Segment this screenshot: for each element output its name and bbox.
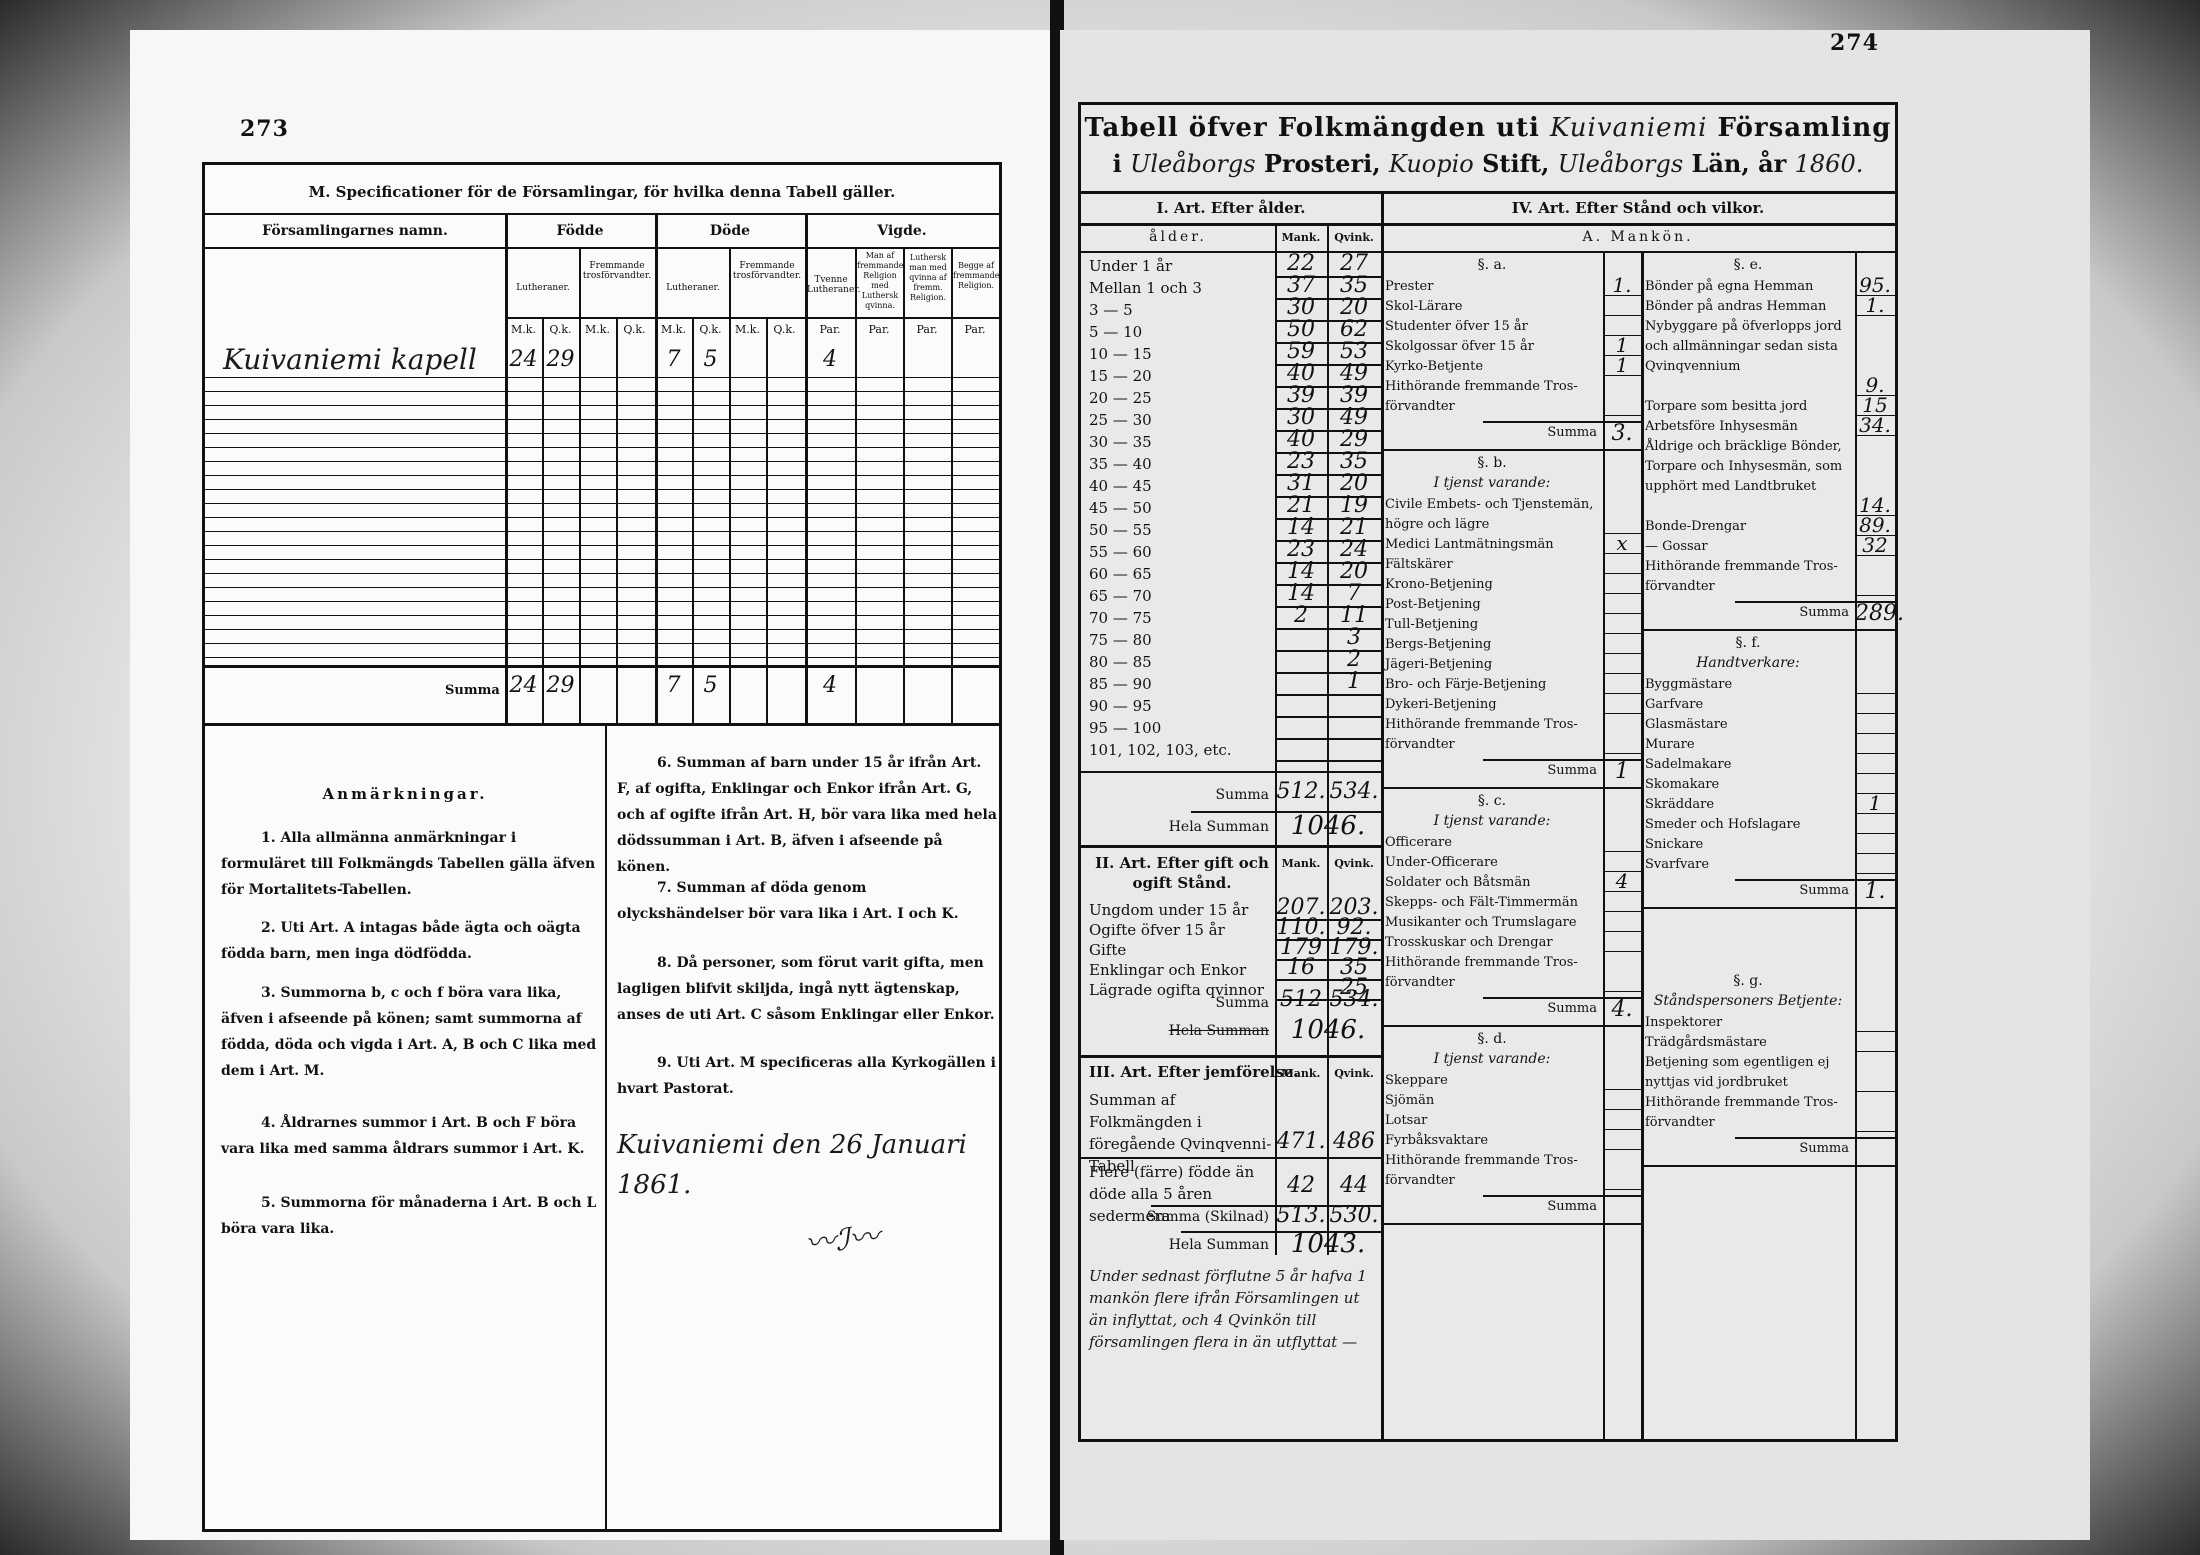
sec_c-row-value: 4 (1603, 869, 1641, 893)
sec_a-row-value: 1 (1603, 353, 1641, 377)
sec_f-title: §. f. (1641, 635, 1855, 651)
sec_g-row-label: Trädgårdsmästare (1645, 1033, 1853, 1053)
dode-luth-mk: 7 (655, 347, 692, 372)
sec_g-row-label: Betjening som egentligen ej nyttjas vid … (1645, 1053, 1853, 1093)
section-rule (1381, 449, 1641, 451)
row-rule (1603, 1149, 1641, 1150)
sec_b-row-label: Bro- och Färje-Betjening (1385, 675, 1601, 695)
sec_g-row-label: Inspektorer (1645, 1013, 1853, 1033)
age-label: 10 — 15 (1089, 345, 1275, 363)
row-rule (1855, 853, 1895, 854)
age-label: 101, 102, 103, etc. (1089, 741, 1275, 759)
parish-entry-name: Kuivaniemi kapell (223, 343, 477, 376)
row-rule (1855, 1091, 1895, 1092)
art3-births-m: 42 (1275, 1173, 1327, 1198)
col-mank: Mank. (1275, 231, 1327, 244)
sec_a-row-label: Skol-Lärare (1385, 297, 1601, 317)
note-3: 3. Summorna b, c och f böra vara lika, ä… (221, 980, 601, 1084)
row-rule (1603, 633, 1641, 634)
art3-title: III. Art. Efter jemförelse. (1089, 1063, 1299, 1081)
row-rule (1603, 891, 1641, 892)
ruled-row (205, 419, 999, 420)
row-rule (1603, 415, 1641, 416)
art3-prev-q: 486 (1327, 1129, 1381, 1154)
sec_d-row-label: Hithörande fremmande Tros-förvandter (1385, 1151, 1601, 1191)
note-7: 7. Summan af döda genom olyckshändelser … (617, 875, 997, 927)
art2-summa-m: 512 (1275, 987, 1327, 1012)
sub-vigde-begge: Begge af fremmande Religion. (953, 261, 999, 291)
sec_b-summa-value: 1 (1603, 759, 1641, 784)
age-label: 15 — 20 (1089, 367, 1275, 385)
page-number-left: 273 (240, 116, 289, 142)
document-spread: 273 M. Specificationer för de Församling… (0, 0, 2200, 1555)
sec_b-row-label: Tull-Betjening (1385, 615, 1601, 635)
fodde-luth-mk: 24 (505, 347, 542, 372)
section-rule (1381, 1025, 1641, 1027)
art2-title: II. Art. Efter gift och ogift Stånd. (1089, 853, 1275, 893)
sub-dode-frem: Fremmande trosförvandter. (731, 261, 803, 281)
summa-fodde-luth-qk: 29 (542, 673, 579, 698)
sec_b-row-label: Post-Betjening (1385, 595, 1601, 615)
ruled-row (205, 461, 999, 462)
sec_c-row-label: Hithörande fremmande Tros-förvandter (1385, 953, 1601, 993)
art2-hela-label: Hela Summan (1081, 1023, 1269, 1039)
table-m-summa-label: Summa (445, 683, 500, 698)
sec_e-title: §. e. (1641, 257, 1855, 273)
title-prosteri-label: Prosteri, (1264, 149, 1381, 178)
row-rule (1603, 593, 1641, 594)
sec_f-row-label: Garfvare (1645, 695, 1853, 715)
row-rule (1275, 694, 1381, 696)
ruled-row (205, 545, 999, 546)
sec_e-row-label: Bönder på andras Hemman (1645, 297, 1853, 317)
age-label: 50 — 55 (1089, 521, 1275, 539)
row-rule (1855, 1031, 1895, 1032)
row-rule (1275, 760, 1381, 762)
sec_d-title: §. d. (1381, 1031, 1603, 1047)
sec_e-row-value: 1. (1855, 293, 1895, 317)
ruled-row (205, 405, 999, 406)
sec_a-row-label: Kyrko-Betjente (1385, 357, 1601, 377)
age-label: 25 — 30 (1089, 411, 1275, 429)
sec_c-subtitle: I tjenst varande: (1381, 813, 1603, 829)
summa-dode-luth-qk: 5 (692, 673, 729, 698)
sec_f-row-value: 1 (1855, 791, 1895, 815)
sec_e-row-value: 34. (1855, 413, 1895, 437)
unit-label: Par. (855, 323, 903, 336)
sec_b-row-label: Civile Embets- och Tjenstemän, högre och… (1385, 495, 1601, 535)
sec_e-summa-value: 289. (1855, 601, 1895, 626)
ruled-row (205, 601, 999, 602)
age-label: 70 — 75 (1089, 609, 1275, 627)
sec_a-row-value: 1. (1603, 273, 1641, 297)
art2-hela: 1046. (1275, 1015, 1381, 1045)
title-year: 1860. (1795, 150, 1864, 178)
ruled-row (205, 517, 999, 518)
sec_b-row-label: Bergs-Betjening (1385, 635, 1601, 655)
sec_a-row-label: Prester (1385, 277, 1601, 297)
table-title-line1: Tabell öfver Folkmängden uti Kuivaniemi … (1081, 113, 1895, 143)
sub-vigde-luth-man: Luthersk man med qvinna af fremm. Religi… (905, 253, 951, 303)
section-rule (1641, 1165, 1895, 1167)
col-age: ålder. (1081, 229, 1275, 245)
row-rule (1855, 813, 1895, 814)
summa-fodde-luth-mk: 24 (505, 673, 542, 698)
sec_d-subtitle: I tjenst varande: (1381, 1051, 1603, 1067)
age-label: Mellan 1 och 3 (1089, 279, 1275, 297)
row-rule (1603, 573, 1641, 574)
row-rule (1603, 951, 1641, 952)
sec_f-summa-value: 1. (1855, 879, 1895, 904)
row-rule (1603, 1189, 1641, 1190)
row-rule (1603, 911, 1641, 912)
sec_a-title: §. a. (1381, 257, 1603, 273)
sec_f-row-label: Svarfvare (1645, 855, 1853, 875)
art3-summa-label: Summa (Skilnad) (1081, 1209, 1269, 1225)
sub-vigde-tvenne: Tvenne Lutheraner. (807, 275, 855, 295)
sec_g-title: §. g. (1641, 973, 1855, 989)
sec_c-row-label: Officerare (1385, 833, 1601, 853)
ruled-row (205, 643, 999, 644)
sec_f-row-label: Snickare (1645, 835, 1853, 855)
note-2: 2. Uti Art. A intagas både ägta och oägt… (221, 915, 601, 967)
art1-summa-q: 534. (1327, 779, 1381, 804)
right-page: 274 Tabell öfver Folkmängden uti Kuivani… (1060, 30, 2090, 1540)
summa-vigde-tvenne: 4 (805, 673, 855, 698)
row-rule (1603, 931, 1641, 932)
age-label: 3 — 5 (1089, 301, 1275, 319)
summa-rule (1483, 1195, 1641, 1197)
art2-summa-label: Summa (1081, 995, 1269, 1011)
sec_a-row-label: Skolgossar öfver 15 år (1385, 337, 1601, 357)
unit-label: Q.k. (692, 323, 729, 336)
unit-label: M.k. (579, 323, 616, 336)
unit-label: Par. (951, 323, 999, 336)
row-rule (1855, 693, 1895, 694)
sec_f-summa-label: Summa (1641, 883, 1849, 898)
row-rule (1603, 673, 1641, 674)
art1-title: I. Art. Efter ålder. (1081, 199, 1381, 217)
sec_f-row-label: Byggmästare (1645, 675, 1853, 695)
section-rule (1641, 907, 1895, 909)
sec_a-row-label: Hithörande fremmande Tros-förvandter (1385, 377, 1601, 417)
sec_d-row-label: Sjömän (1385, 1091, 1601, 1111)
sub-dode-luth: Lutheraner. (657, 283, 729, 293)
ruled-row (205, 629, 999, 630)
population-table: Tabell öfver Folkmängden uti Kuivaniemi … (1078, 102, 1898, 1442)
sec_e-row-label: Torpare som besitta jord (1645, 397, 1853, 417)
sec_c-row-label: Soldater och Båtsmän (1385, 873, 1601, 893)
ruled-row (205, 447, 999, 448)
row-rule (1081, 771, 1381, 773)
note-6: 6. Summan af barn under 15 år ifrån Art.… (617, 750, 997, 880)
art3-handwritten-note: Under sednast förflutne 5 år hafva 1 man… (1089, 1265, 1379, 1353)
age-label: 40 — 45 (1089, 477, 1275, 495)
unit-label: Q.k. (766, 323, 803, 336)
sec_f-row-label: Skräddare (1645, 795, 1853, 815)
sec_d-row-label: Fyrbåksvaktare (1385, 1131, 1601, 1151)
unit-label: M.k. (655, 323, 692, 336)
title-i: i (1113, 149, 1122, 178)
art3-hela-label: Hela Summan (1081, 1237, 1269, 1253)
summa-rule (1735, 1137, 1895, 1139)
sec_c-row-label: Trosskuskar och Drengar (1385, 933, 1601, 953)
row-rule (1855, 555, 1895, 556)
table-m: M. Specificationer för de Församlingar, … (202, 162, 1002, 1532)
row-rule (1855, 873, 1895, 874)
left-page: 273 M. Specificationer för de Församling… (130, 30, 1050, 1540)
row-rule (1603, 375, 1641, 376)
ruled-row (205, 433, 999, 434)
sec_f-row-label: Skomakare (1645, 775, 1853, 795)
age-label: 20 — 25 (1089, 389, 1275, 407)
sec_e-row-label: — Gossar (1645, 537, 1853, 557)
sec_g-row-label: Hithörande fremmande Tros-förvandter (1645, 1093, 1853, 1133)
age-label: 60 — 65 (1089, 565, 1275, 583)
note-8: 8. Då personer, som förut varit gifta, m… (617, 950, 997, 1028)
art1-hela-label: Hela Summan (1081, 819, 1269, 835)
sec_e-row-label: Arbetsföre Inhysesmän (1645, 417, 1853, 437)
row-rule (1603, 1129, 1641, 1130)
row-rule (1603, 315, 1641, 316)
row-rule (1603, 613, 1641, 614)
signature: 〰ℐ〰 (803, 1211, 881, 1263)
row-rule (1603, 753, 1641, 754)
row-rule (1855, 1051, 1895, 1052)
page-number-right: 274 (1830, 30, 1879, 56)
title-post: Församling (1718, 113, 1892, 143)
sub-fodde-frem: Fremmande trosförvandter. (581, 261, 653, 281)
age-label: 95 — 100 (1089, 719, 1275, 737)
age-label: 5 — 10 (1089, 323, 1275, 341)
sec_e-row-value: 32 (1855, 533, 1895, 557)
table-m-title: M. Specificationer för de Församlingar, … (205, 183, 999, 201)
notes-title: Anmärkningar. (205, 785, 605, 803)
row-rule (1275, 716, 1381, 718)
note-4: 4. Åldrarnes summor i Art. B och F böra … (221, 1110, 601, 1162)
col-parish-name: Församlingarnes namn. (205, 223, 505, 239)
title-pre: Tabell öfver Folkmängden uti (1085, 113, 1540, 143)
unit-label: Par. (903, 323, 951, 336)
age-label: Under 1 år (1089, 257, 1275, 275)
art3-births-q: 44 (1327, 1173, 1381, 1198)
art3-col-mank: Mank. (1275, 1067, 1327, 1080)
group-fodde: Födde (505, 223, 655, 239)
civil-status-label: Enklingar och Enkor (1089, 961, 1275, 979)
row-rule (1855, 833, 1895, 834)
sec_f-subtitle: Handtverkare: (1641, 655, 1855, 671)
civil-status-label: Gifte (1089, 941, 1275, 959)
row-rule (1603, 553, 1641, 554)
note-9: 9. Uti Art. M specificeras alla Kyrkogäl… (617, 1050, 997, 1102)
section-rule (1641, 629, 1895, 631)
sec_b-row-label: Krono-Betjening (1385, 575, 1601, 595)
art2-col-mank: Mank. (1275, 857, 1327, 870)
age-label: 45 — 50 (1089, 499, 1275, 517)
art3-summa-m: 513. (1275, 1203, 1327, 1228)
sec_c-summa-label: Summa (1381, 1001, 1597, 1016)
title-parish: Kuivaniemi (1550, 113, 1708, 143)
ruled-row (205, 615, 999, 616)
ruled-row (205, 391, 999, 392)
age-label: 35 — 40 (1089, 455, 1275, 473)
unit-label: Par. (805, 323, 855, 336)
ruled-row (205, 587, 999, 588)
art3-summa-q: 530. (1327, 1203, 1381, 1228)
sub-vigde-man-frem: Man af fremmande Religion med Luthersk q… (857, 251, 903, 311)
age-label: 80 — 85 (1089, 653, 1275, 671)
row-rule (1855, 773, 1895, 774)
art1-summa-m: 512. (1275, 779, 1327, 804)
row-rule (1855, 713, 1895, 714)
sec_a-summa-label: Summa (1381, 425, 1597, 440)
ruled-row (205, 489, 999, 490)
unit-label: M.k. (505, 323, 542, 336)
sec_a-summa-value: 3. (1603, 421, 1641, 446)
row-rule (1603, 693, 1641, 694)
summa-dode-luth-mk: 7 (655, 673, 692, 698)
sec_e-row-label: Åldrige och bräcklige Bönder, Torpare oc… (1645, 437, 1853, 497)
signature-place-date: Kuivaniemi den 26 Januari 1861. (617, 1125, 997, 1205)
sec_e-summa-label: Summa (1641, 605, 1849, 620)
ruled-row (205, 531, 999, 532)
row-rule (1603, 991, 1641, 992)
row-rule (1603, 295, 1641, 296)
art3-col-qvink: Qvink. (1327, 1067, 1381, 1080)
sec_d-row-label: Lotsar (1385, 1111, 1601, 1131)
row-rule (1855, 435, 1895, 436)
sec_e-row-label: Nybyggare på öfverlopps jord och allmänn… (1645, 317, 1853, 377)
col-qvink: Qvink. (1327, 231, 1381, 244)
age-label: 75 — 80 (1089, 631, 1275, 649)
section-rule (1381, 1223, 1641, 1225)
sec_b-row-label: Fältskärer (1385, 555, 1601, 575)
sec_c-row-label: Musikanter och Trumslagare (1385, 913, 1601, 933)
section-rule (1381, 787, 1641, 789)
sec_c-title: §. c. (1381, 793, 1603, 809)
group-vigde: Vigde. (805, 223, 999, 239)
row-rule (1855, 733, 1895, 734)
sec_c-row-label: Under-Officerare (1385, 853, 1601, 873)
sec_g-subtitle: Ståndspersoners Betjente: (1641, 993, 1855, 1009)
title-lan-label: Län, år (1692, 149, 1787, 178)
art1-summa-label: Summa (1081, 787, 1269, 803)
row-rule (1855, 753, 1895, 754)
row-rule (1855, 315, 1895, 316)
art4-title: IV. Art. Efter Stånd och vilkor. (1381, 199, 1895, 217)
sec_b-summa-label: Summa (1381, 763, 1597, 778)
sec_c-summa-value: 4. (1603, 997, 1641, 1022)
sec_b-row-label: Hithörande fremmande Tros-förvandter (1385, 715, 1601, 755)
sec_e-row-label: Hithörande fremmande Tros-förvandter (1645, 557, 1853, 597)
sec_b-row-label: Jägeri-Betjening (1385, 655, 1601, 675)
row-rule (1603, 1089, 1641, 1090)
row-rule (1855, 1131, 1895, 1132)
ruled-row (205, 657, 999, 658)
age-label: 90 — 95 (1089, 697, 1275, 715)
title-prosteri: Uleåborgs (1130, 150, 1255, 178)
ruled-row (205, 573, 999, 574)
sec_d-row-label: Skeppare (1385, 1071, 1601, 1091)
unit-label: Q.k. (616, 323, 653, 336)
age-label: 85 — 90 (1089, 675, 1275, 693)
sec_b-row-label: Dykeri-Betjening (1385, 695, 1601, 715)
vigde-tvenne: 4 (805, 347, 855, 372)
art2-col-qvink: Qvink. (1327, 857, 1381, 870)
civil-status-label: Ogifte öfver 15 år (1089, 921, 1275, 939)
art3-prev-m: 471. (1275, 1129, 1327, 1154)
age-label: 65 — 70 (1089, 587, 1275, 605)
row-rule (1855, 595, 1895, 596)
unit-label: Q.k. (542, 323, 579, 336)
row-rule (1603, 1109, 1641, 1110)
sec_f-row-label: Murare (1645, 735, 1853, 755)
sec_f-row-label: Smeder och Hofslagare (1645, 815, 1853, 835)
age-label: 30 — 35 (1089, 433, 1275, 451)
row-rule (1275, 738, 1381, 740)
sec_e-row-label: Bönder på egna Hemman (1645, 277, 1853, 297)
age-mank-value: 2 (1275, 603, 1327, 628)
sec_c-row-label: Skepps- och Fält-Timmermän (1385, 893, 1601, 913)
sec_a-row-label: Studenter öfver 15 år (1385, 317, 1601, 337)
civil-status-mank: 16 (1275, 955, 1327, 980)
ruled-row (205, 377, 999, 378)
group-dode: Döde (655, 223, 805, 239)
note-5: 5. Summorna för månaderna i Art. B och L… (221, 1190, 601, 1242)
sec_f-row-label: Sadelmakare (1645, 755, 1853, 775)
sec_d-summa-label: Summa (1381, 1199, 1597, 1214)
row-rule (1603, 713, 1641, 714)
title-stift-label: Stift, (1482, 149, 1549, 178)
sec_g-summa-label: Summa (1641, 1141, 1849, 1156)
art2-summa-q: 534. (1327, 987, 1381, 1012)
fodde-luth-qk: 29 (542, 347, 579, 372)
dode-luth-qk: 5 (692, 347, 729, 372)
ruled-row (205, 475, 999, 476)
art1-hela: 1046. (1275, 811, 1381, 841)
sec_f-row-label: Glasmästare (1645, 715, 1853, 735)
sec_b-row-value: x (1603, 531, 1641, 555)
art4-subtitle: A. Mankön. (1381, 229, 1895, 245)
ruled-row (205, 559, 999, 560)
sec_b-subtitle: I tjenst varande: (1381, 475, 1603, 491)
table-title-line2: i Uleåborgs Prosteri, Kuopio Stift, Uleå… (1081, 149, 1895, 178)
civil-status-label: Ungdom under 15 år (1089, 901, 1275, 919)
sub-fodde-luth: Lutheraner. (507, 283, 579, 293)
unit-label: M.k. (729, 323, 766, 336)
ruled-row (205, 503, 999, 504)
sec_e-row-label: Bonde-Drengar (1645, 517, 1853, 537)
note-1: 1. Alla allmänna anmärkningar i formulär… (221, 825, 601, 903)
art3-hela: 1043. (1275, 1229, 1381, 1259)
age-qvink-value: 1 (1327, 669, 1381, 694)
row-rule (1603, 653, 1641, 654)
sec_b-row-label: Medici Lantmätningsmän (1385, 535, 1601, 555)
row-rule (1603, 851, 1641, 852)
title-stift: Kuopio (1389, 150, 1474, 178)
title-lan: Uleåborgs (1558, 150, 1683, 178)
age-label: 55 — 60 (1089, 543, 1275, 561)
sec_b-title: §. b. (1381, 455, 1603, 471)
